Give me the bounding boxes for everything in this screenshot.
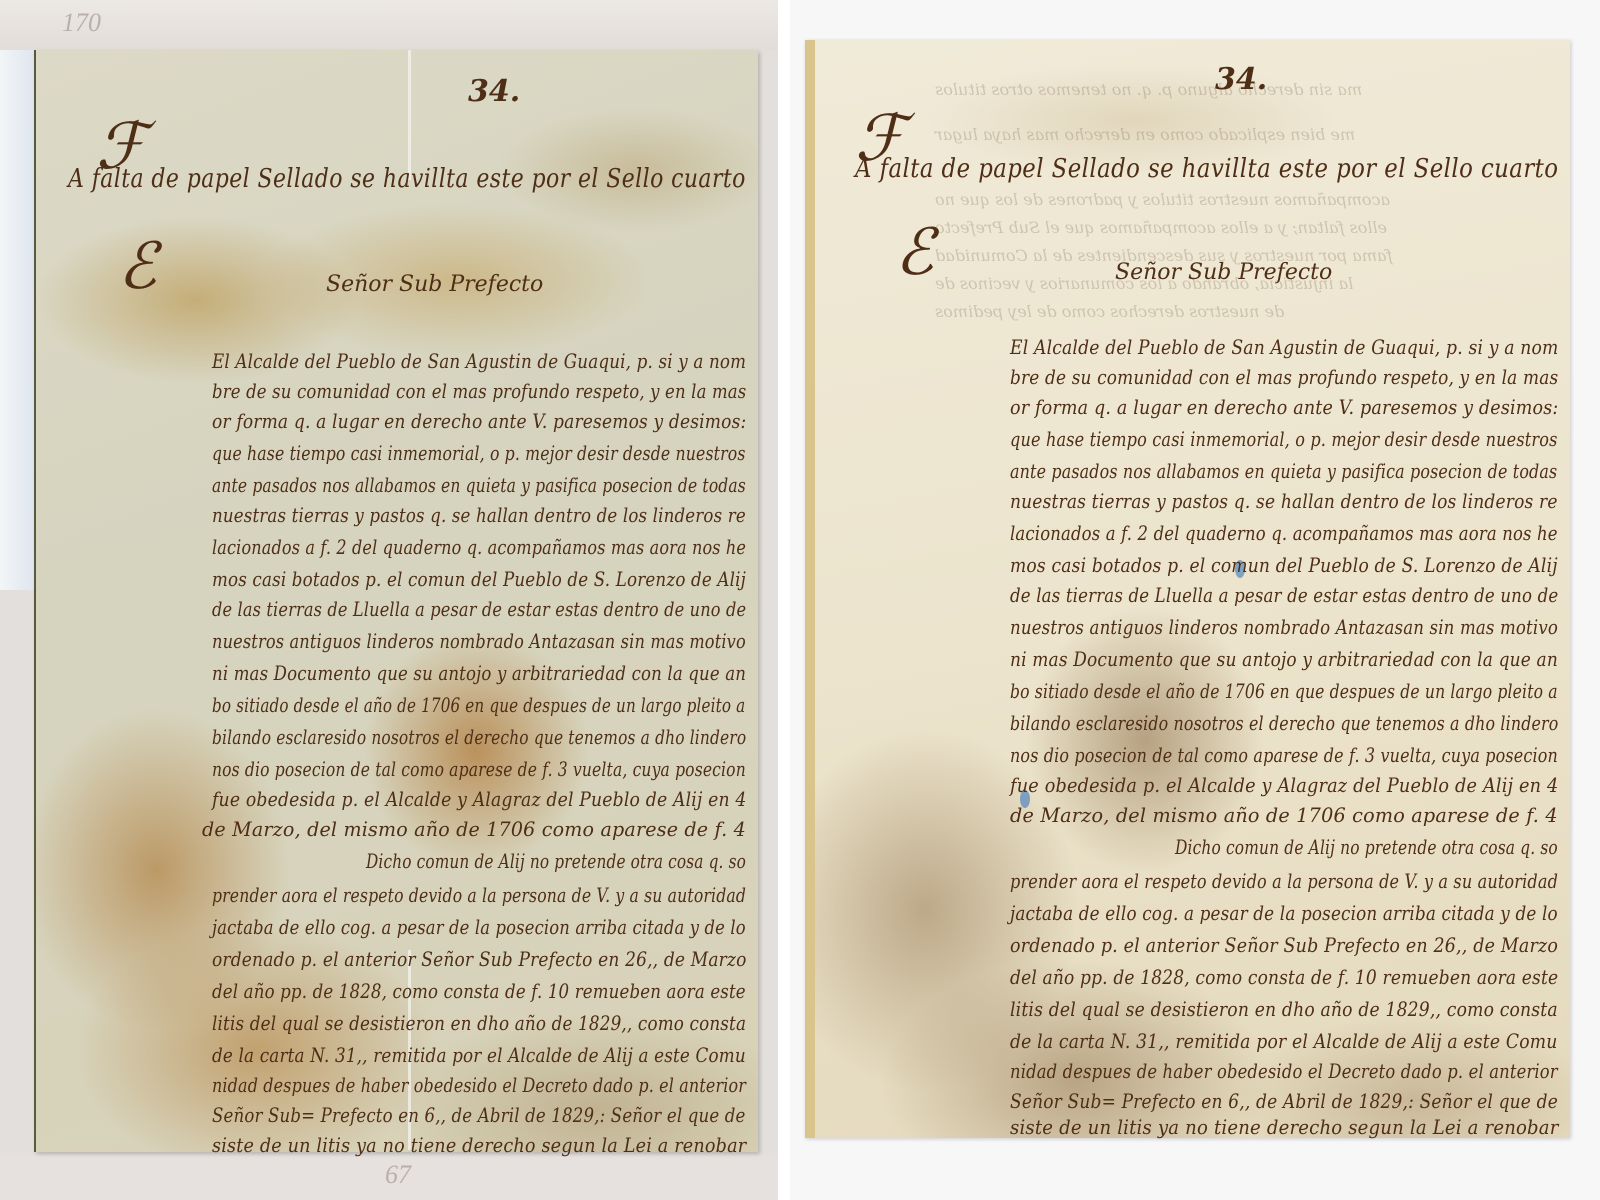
text-line: El Alcalde del Pueblo de San Agustin de … xyxy=(1010,336,1558,359)
text-line: ante pasados nos allabamos en quieta y p… xyxy=(1010,460,1557,483)
text-line: de la carta N. 31,, remitida por el Alca… xyxy=(212,1044,746,1067)
text-line: lacionados a f. 2 del quaderno q. acompa… xyxy=(212,536,746,559)
text-line: ordenado p. el anterior Señor Sub Prefec… xyxy=(1010,934,1558,957)
text-line: litis del qual se desistieron en dho año… xyxy=(1010,998,1558,1021)
text-line: nuestros antiguos linderos nombrado Anta… xyxy=(212,630,746,653)
text-line: nidad despues de haber obedesido el Decr… xyxy=(1010,1060,1558,1083)
text-line: or forma q. a lugar en derecho ante V. p… xyxy=(212,410,746,433)
text-line: El Alcalde del Pueblo de San Agustin de … xyxy=(212,350,746,373)
text-line: ordenado p. el anterior Señor Sub Prefec… xyxy=(212,948,747,971)
folio-number: 34. xyxy=(468,74,520,109)
text-line: fue obedesida p. el Alcalde y Alagraz de… xyxy=(1010,774,1558,797)
text-line: prender aora el respeto devido a la pers… xyxy=(1010,870,1558,893)
text-line: bilando esclaresido nosotros el derecho … xyxy=(1010,712,1558,735)
text-line: or forma q. a lugar en derecho ante V. p… xyxy=(1010,396,1558,419)
text-line: que hase tiempo casi inmemorial, o p. me… xyxy=(212,442,746,465)
stamp-note-header: A falta de papel Sellado se havillta est… xyxy=(855,154,1558,184)
photo-divider xyxy=(778,0,790,1200)
paper-fold-top xyxy=(408,50,411,180)
ghost-line: ma sin derecho alguno p. q. no tenemos o… xyxy=(935,80,1362,99)
text-line: bo sitiado desde el año de 1706 en que d… xyxy=(1010,680,1558,703)
text-line: de Marzo, del mismo año de 1706 como apa… xyxy=(1010,804,1558,827)
text-line: nos dio posecion de tal como aparese de … xyxy=(1010,744,1558,767)
text-line: de las tierras de Lluella a pesar de est… xyxy=(1010,584,1558,607)
manuscript-page-damaged: 34. ℱ A falta de papel Sellado se havill… xyxy=(34,50,758,1152)
text-line: Dicho comun de Alij no pretende otra cos… xyxy=(366,850,746,873)
stamp-note-header: A falta de papel Sellado se havillta est… xyxy=(68,164,746,194)
text-line: Señor Sub= Prefecto en 6,, de Abril de 1… xyxy=(1010,1090,1558,1113)
text-line: jactaba de ello cog. a pesar de la posec… xyxy=(1010,902,1558,925)
text-line: bre de su comunidad con el mas profundo … xyxy=(1010,366,1558,389)
text-line: bo sitiado desde el año de 1706 en que d… xyxy=(212,694,745,717)
text-line: mos casi botados p. el comun del Pueblo … xyxy=(212,568,746,591)
protective-sheet xyxy=(0,50,34,590)
ghost-line: me bien esplicado como en derecho mas ha… xyxy=(935,125,1355,144)
text-line: Señor Sub= Prefecto en 6,, de Abril de 1… xyxy=(212,1104,746,1127)
ghost-line: de nuestros derechos como de ley pedimos xyxy=(935,302,1284,321)
text-line: ni mas Documento que su antojo y arbitra… xyxy=(212,662,746,685)
after-conservation-photo: ma sin derecho alguno p. q. no tenemos o… xyxy=(790,0,1600,1200)
text-line: de la carta N. 31,, remitida por el Alca… xyxy=(1010,1030,1557,1053)
rubric-flourish: ℰ xyxy=(895,216,934,290)
text-line: nuestras tierras y pastos q. se hallan d… xyxy=(1010,490,1558,513)
text-line: lacionados a f. 2 del quaderno q. acompa… xyxy=(1010,522,1558,545)
pencil-folio-number: 170 xyxy=(62,8,101,38)
text-line: fue obedesida p. el Alcalde y Alagraz de… xyxy=(212,788,747,811)
text-line: del año pp. de 1828, como consta de f. 1… xyxy=(212,980,746,1003)
text-line: jactaba de ello cog. a pesar de la posec… xyxy=(212,916,746,939)
text-line: litis del qual se desistieron en dho año… xyxy=(212,1012,746,1035)
text-line: bilando esclaresido nosotros el derecho … xyxy=(212,726,746,749)
text-line: que hase tiempo casi inmemorial, o p. me… xyxy=(1010,428,1558,451)
before-conservation-photo: 170 67 34. ℱ A falta de papel Sellado se… xyxy=(0,0,778,1200)
text-line: siste de un litis ya no tiene derecho se… xyxy=(1010,1116,1559,1139)
salutation: Señor Sub Prefecto xyxy=(1115,260,1332,285)
text-line: mos casi botados p. el comun del Pueblo … xyxy=(1010,554,1558,577)
rubric-flourish: ℰ xyxy=(118,230,157,304)
text-line: de Marzo, del mismo año de 1706 como apa… xyxy=(202,818,746,841)
salutation: Señor Sub Prefecto xyxy=(326,272,543,297)
mount-board-top xyxy=(0,0,778,50)
text-line: prender aora el respeto devido a la pers… xyxy=(212,884,746,907)
text-line: nidad despues de haber obedesido el Decr… xyxy=(212,1074,746,1097)
ghost-line: ellos faltan; y a ellos acompañamos que … xyxy=(935,218,1387,237)
text-line: siste de un litis ya no tiene derecho se… xyxy=(212,1134,746,1157)
manuscript-page-conserved: ma sin derecho alguno p. q. no tenemos o… xyxy=(805,40,1570,1138)
text-line: del año pp. de 1828, como consta de f. 1… xyxy=(1010,966,1558,989)
pencil-page-number: 67 xyxy=(385,1160,411,1190)
text-line: ni mas Documento que su antojo y arbitra… xyxy=(1010,648,1558,671)
ghost-line: acompañamos nuestros titulos y padrones … xyxy=(935,190,1390,209)
text-line: nos dio posecion de tal como aparese de … xyxy=(212,758,746,781)
text-line: ante pasados nos allabamos en quieta y p… xyxy=(212,474,746,497)
folio-number: 34. xyxy=(1215,62,1267,97)
text-line: de las tierras de Lluella a pesar de est… xyxy=(212,598,746,621)
text-line: bre de su comunidad con el mas profundo … xyxy=(212,380,746,403)
text-line: Dicho comun de Alij no pretende otra cos… xyxy=(1175,836,1558,859)
text-line: nuestras tierras y pastos q. se hallan d… xyxy=(212,504,746,527)
text-line: nuestros antiguos linderos nombrado Anta… xyxy=(1010,616,1558,639)
